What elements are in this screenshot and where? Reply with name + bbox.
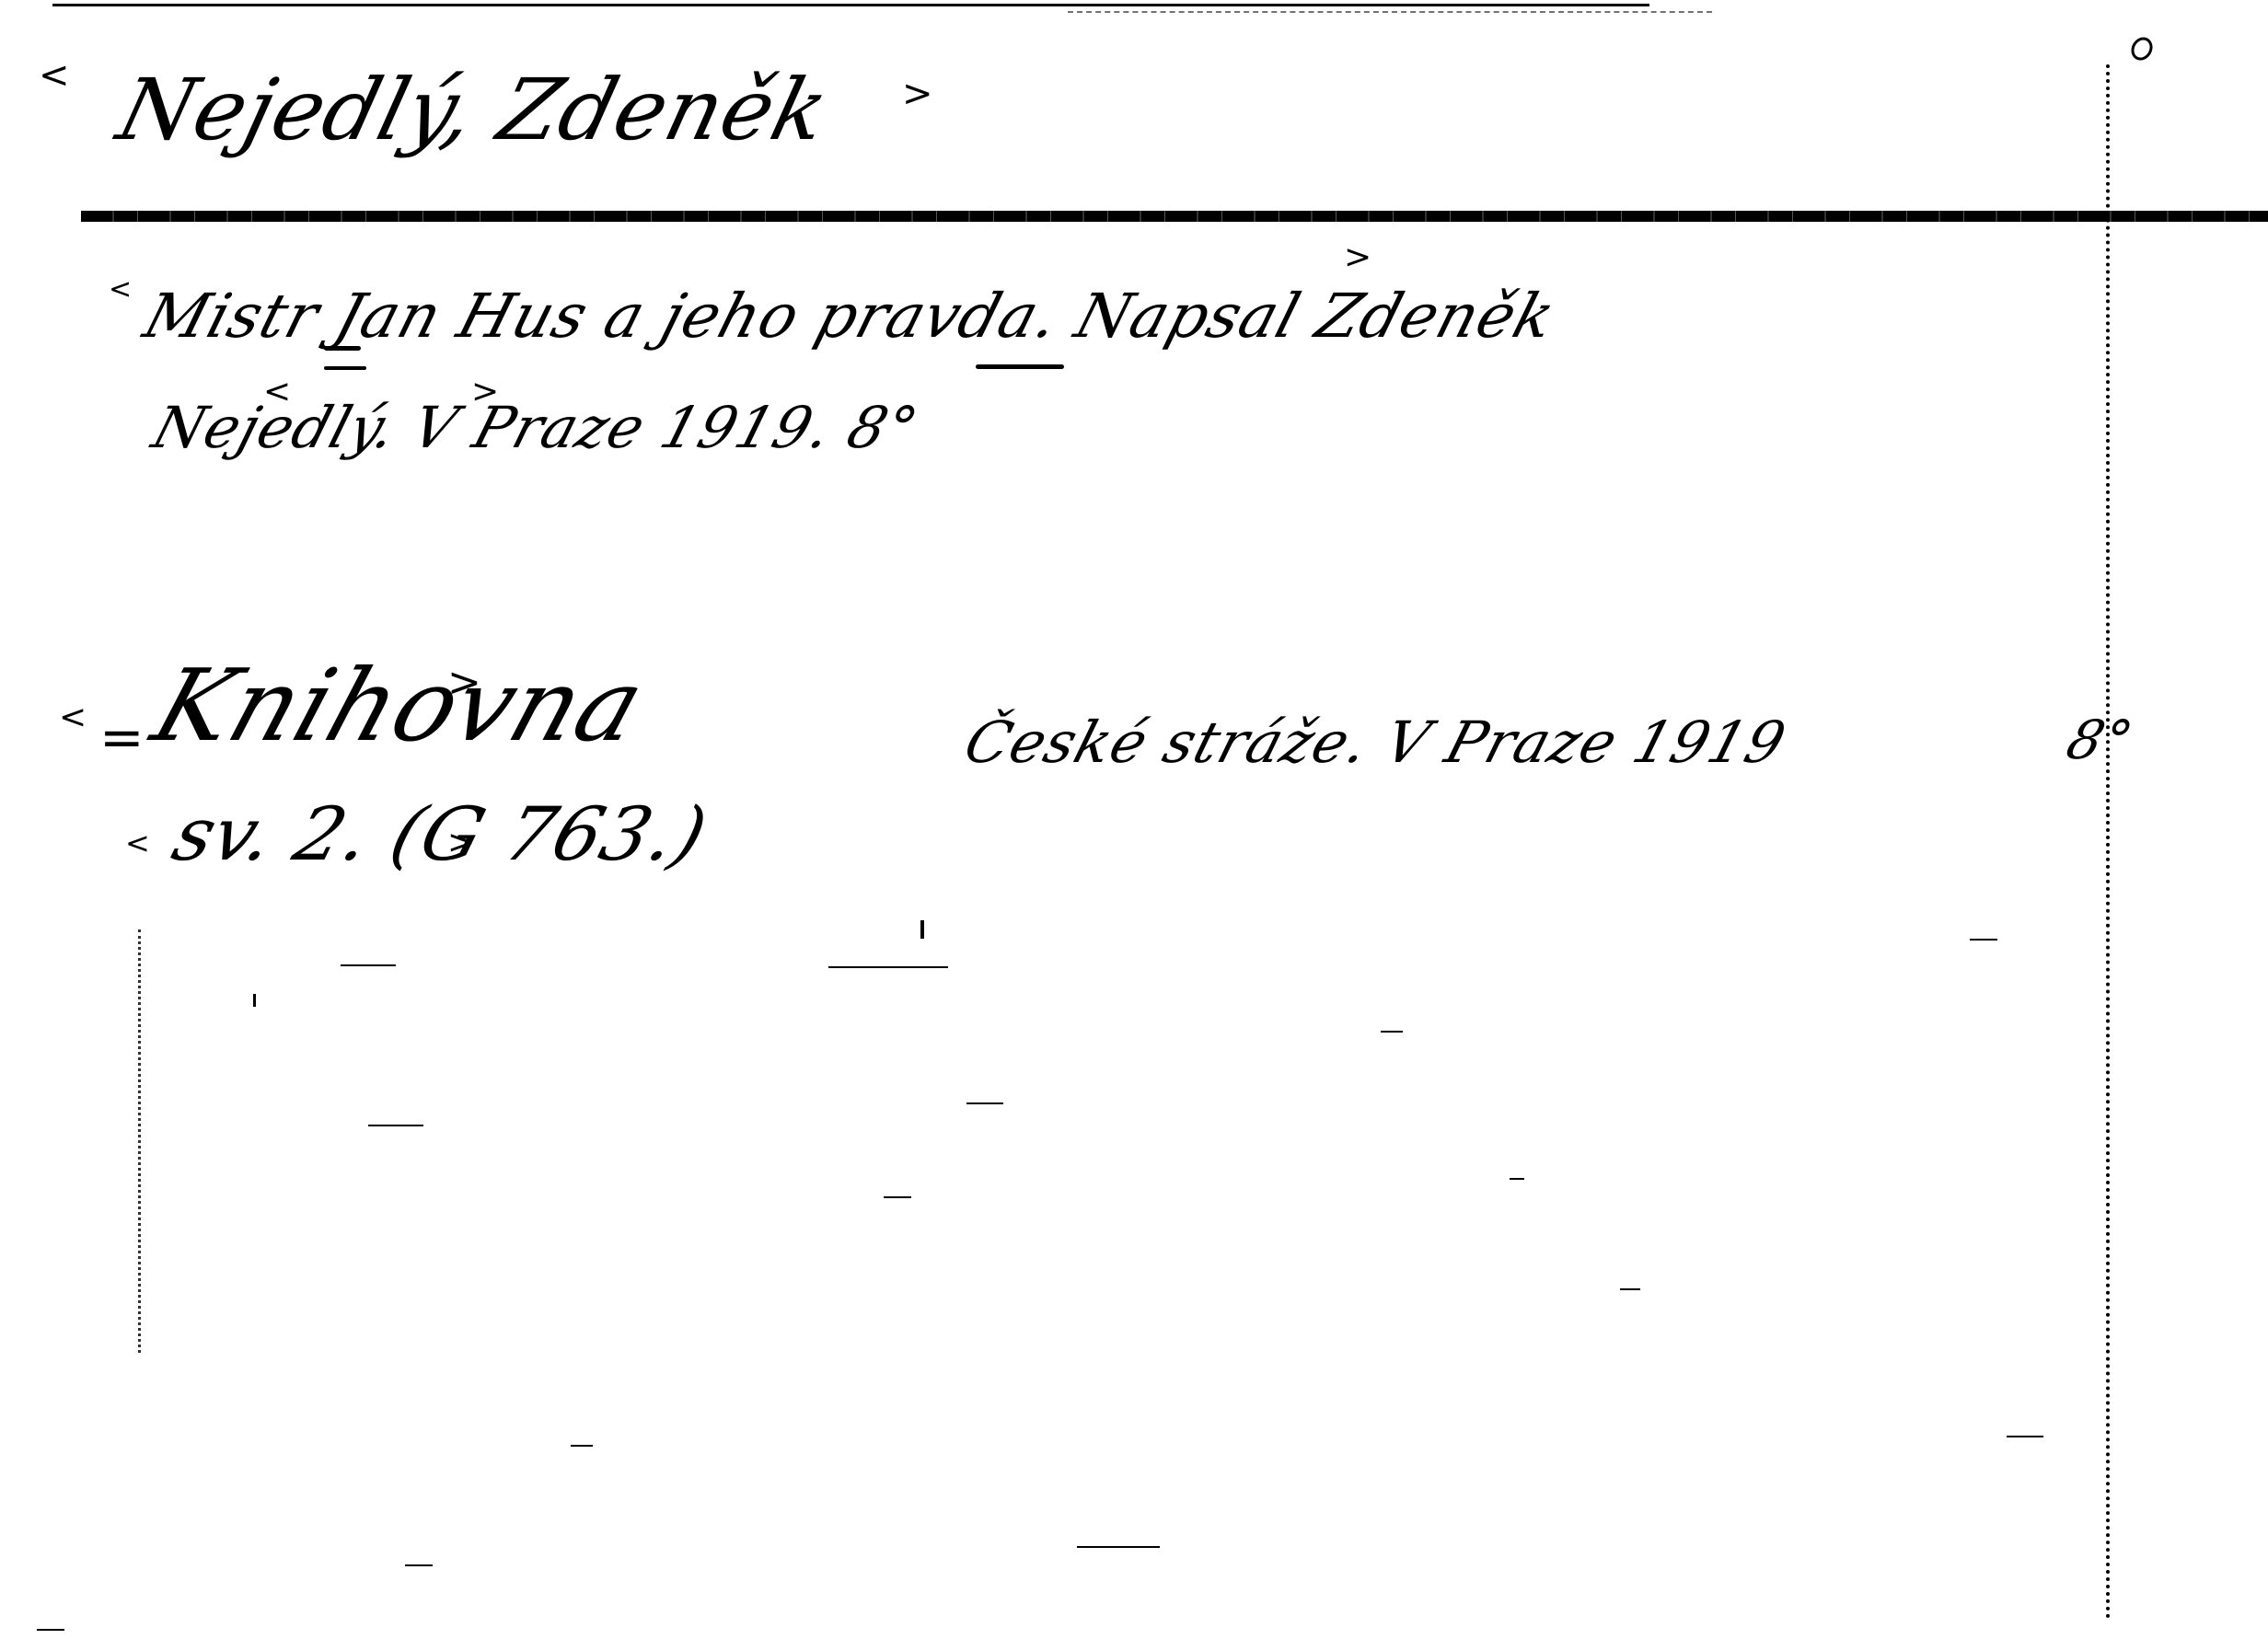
underline-hus [324, 346, 361, 351]
scan-noise [2007, 1436, 2043, 1437]
close-bracket-mark: > [1344, 241, 1371, 274]
close-bracket-mark: > [447, 826, 475, 860]
open-bracket-mark: < [125, 828, 150, 858]
open-bracket-mark: < [59, 701, 87, 734]
card-heading-author: Nejedlý, Zdeněk [109, 61, 839, 159]
top-border-line [52, 4, 1649, 6]
scan-noise [828, 966, 948, 968]
scan-noise [1620, 1288, 1640, 1290]
scan-noise [253, 994, 256, 1007]
heading-divider-rule [81, 211, 2268, 222]
scan-noise [966, 1102, 1003, 1104]
scan-noise [1970, 939, 1997, 941]
open-bracket-mark: < [109, 276, 132, 304]
entry-title-line-2: Nejedlý. V Praze 1919. 8° [145, 394, 926, 461]
underline-hus-second [324, 366, 366, 370]
corner-circle-mark [2127, 33, 2157, 64]
series-publisher-place-year: České stráže. V Praze 1919 [957, 709, 1794, 776]
close-bracket-mark: > [902, 75, 933, 112]
open-bracket-mark: < [39, 57, 70, 94]
scan-noise [341, 964, 396, 966]
scan-noise [368, 1125, 423, 1126]
scan-noise [920, 920, 924, 939]
scan-noise [37, 1629, 64, 1631]
series-equals-sign: = [99, 710, 145, 764]
scan-noise [884, 1196, 911, 1198]
series-volume-shelfmark: sv. 2. (G 763.) [164, 791, 717, 877]
scan-noise [1077, 1546, 1160, 1548]
format-octavo: 8° [2060, 709, 2140, 771]
scan-noise [405, 1564, 433, 1566]
close-bracket-mark: > [447, 663, 481, 703]
series-title: Knihovna [140, 649, 658, 764]
scan-noise [1510, 1178, 1524, 1180]
scan-noise [571, 1445, 593, 1447]
left-margin-dotted-line [138, 929, 141, 1353]
right-margin-dotted-line [2106, 64, 2110, 1620]
scan-noise [1381, 1031, 1403, 1033]
entry-title-line-1: Mistr Jan Hus a jeho pravda. Napsal Zden… [136, 281, 1563, 352]
underline-pravda [976, 364, 1064, 369]
catalog-card: < Nejedlý, Zdeněk > < > Mistr Jan Hus a … [0, 0, 2268, 1639]
top-border-noise [1068, 11, 1712, 13]
